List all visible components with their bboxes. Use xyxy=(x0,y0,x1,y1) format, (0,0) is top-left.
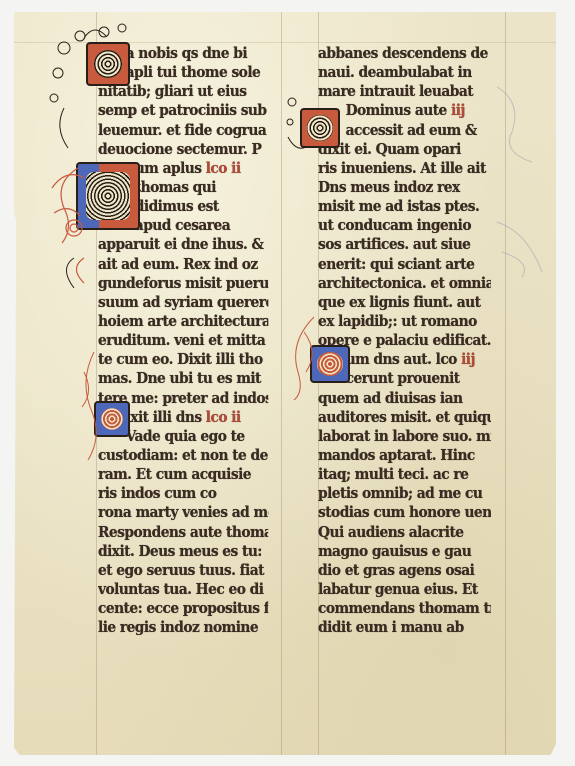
text-line: Respondens aute thoma xyxy=(98,523,268,542)
text-line: abbanes descendens de xyxy=(318,44,491,63)
text-line: auditores misit. et quiquid xyxy=(318,408,491,427)
text-line: eruditum. veni et mitta xyxy=(98,331,268,350)
text-line: magno gauisus e gau xyxy=(318,542,491,561)
text-line: dixit ei. Quam opari xyxy=(318,140,491,159)
text-line: rona marty venies ad me. xyxy=(98,503,268,522)
text-line: gundeforus misit pueru xyxy=(98,274,268,293)
text-line: stodias cum honore ueni. xyxy=(318,503,491,522)
rubric: iij xyxy=(461,350,475,368)
text-line: te cum eo. Dixit illi tho xyxy=(98,350,268,369)
decorated-initial-d-top-left: D xyxy=(86,42,130,86)
text-line: labatur genua eius. Et xyxy=(318,580,491,599)
text-line: pletis omnib; ad me cu xyxy=(318,484,491,503)
manuscript-leaf: a nobis qs dne bi apli tui thome sole ni… xyxy=(14,12,556,755)
text-line: Dns meus indoz rex xyxy=(318,178,491,197)
text-line: ris indos cum co xyxy=(98,484,268,503)
decorated-initial-d-lower-left: D xyxy=(94,401,130,437)
text-line: que ex lignis fiunt. aut xyxy=(318,293,491,312)
text-line: ut conducam ingenio xyxy=(318,216,491,235)
text-line: sos artifices. aut siue xyxy=(318,235,491,254)
text-line: architectonica. et omnia xyxy=(318,274,491,293)
text-line: apparuit ei dne ihus. & xyxy=(98,235,268,254)
text-line: voluntas tua. Hec eo di xyxy=(98,580,268,599)
text-line: Qui audiens alacrite xyxy=(318,523,491,542)
left-column: a nobis qs dne bi apli tui thome sole ni… xyxy=(98,44,283,637)
text-line: laborat in labore suo. mi xyxy=(318,427,491,446)
text-line: leuemur. et fide cogrua xyxy=(98,121,268,140)
text-line: hoiem arte architectura xyxy=(98,312,268,331)
text-line: lie regis indoz nomine xyxy=(98,618,268,637)
text-line: accessit ad eum & xyxy=(318,121,491,140)
initial-interlace: C xyxy=(317,352,342,376)
rubric: lco ii xyxy=(206,159,241,177)
text-line: deuocione sectemur. P xyxy=(98,140,268,159)
text-line: ait ad eum. Rex ind oz xyxy=(98,255,268,274)
text-line: dio et gras agens osai xyxy=(318,561,491,580)
rubric: iij xyxy=(451,101,465,119)
initial-interlace: D xyxy=(101,408,123,430)
text-line: naui. deambulabat in xyxy=(318,63,491,82)
text-line: didit eum i manu ab xyxy=(318,618,491,637)
decorated-initial-c-right: C xyxy=(310,345,350,383)
initial-interlace: D xyxy=(94,50,122,78)
text-line: ex lapidib;: ut romano xyxy=(318,312,491,331)
rubric: lco ii xyxy=(206,408,241,426)
text-line: custodiam: et non te dese xyxy=(98,446,268,465)
decorated-initial-d-right: D xyxy=(300,108,340,148)
text-line: cente: ecce propositus fami xyxy=(98,599,268,618)
text-line: mas. Dne ubi tu es mit xyxy=(98,369,268,388)
text-line: dixit. Deus meus es tu: xyxy=(98,542,268,561)
initial-interlace: S xyxy=(86,172,129,221)
text-line: itaq; multi teci. ac re xyxy=(318,465,491,484)
text-line: misit me ad istas ptes. xyxy=(318,197,491,216)
text-line: commendans thomam tra xyxy=(318,599,491,618)
text-line: quem ad diuisas ian xyxy=(318,389,491,408)
text-line: Dominus aute iij xyxy=(318,101,491,120)
text-line: mandos aptarat. Hinc xyxy=(318,446,491,465)
ruling-line-left-outer xyxy=(96,12,97,755)
text-line: semp et patrociniis sub xyxy=(98,101,268,120)
initial-interlace: D xyxy=(307,115,332,140)
text-line: enerit: qui sciant arte xyxy=(318,255,491,274)
right-column: abbanes descendens de naui. deambulabat … xyxy=(318,44,506,637)
large-decorated-initial-s: S xyxy=(76,162,140,230)
text-line: mare intrauit leuabat xyxy=(318,82,491,101)
text-line: et ego seruus tuus. fiat xyxy=(98,561,268,580)
text-line: ris inueniens. At ille ait xyxy=(318,159,491,178)
text-line: suum ad syriam querere xyxy=(98,293,268,312)
text-line: ram. Et cum acquisie xyxy=(98,465,268,484)
